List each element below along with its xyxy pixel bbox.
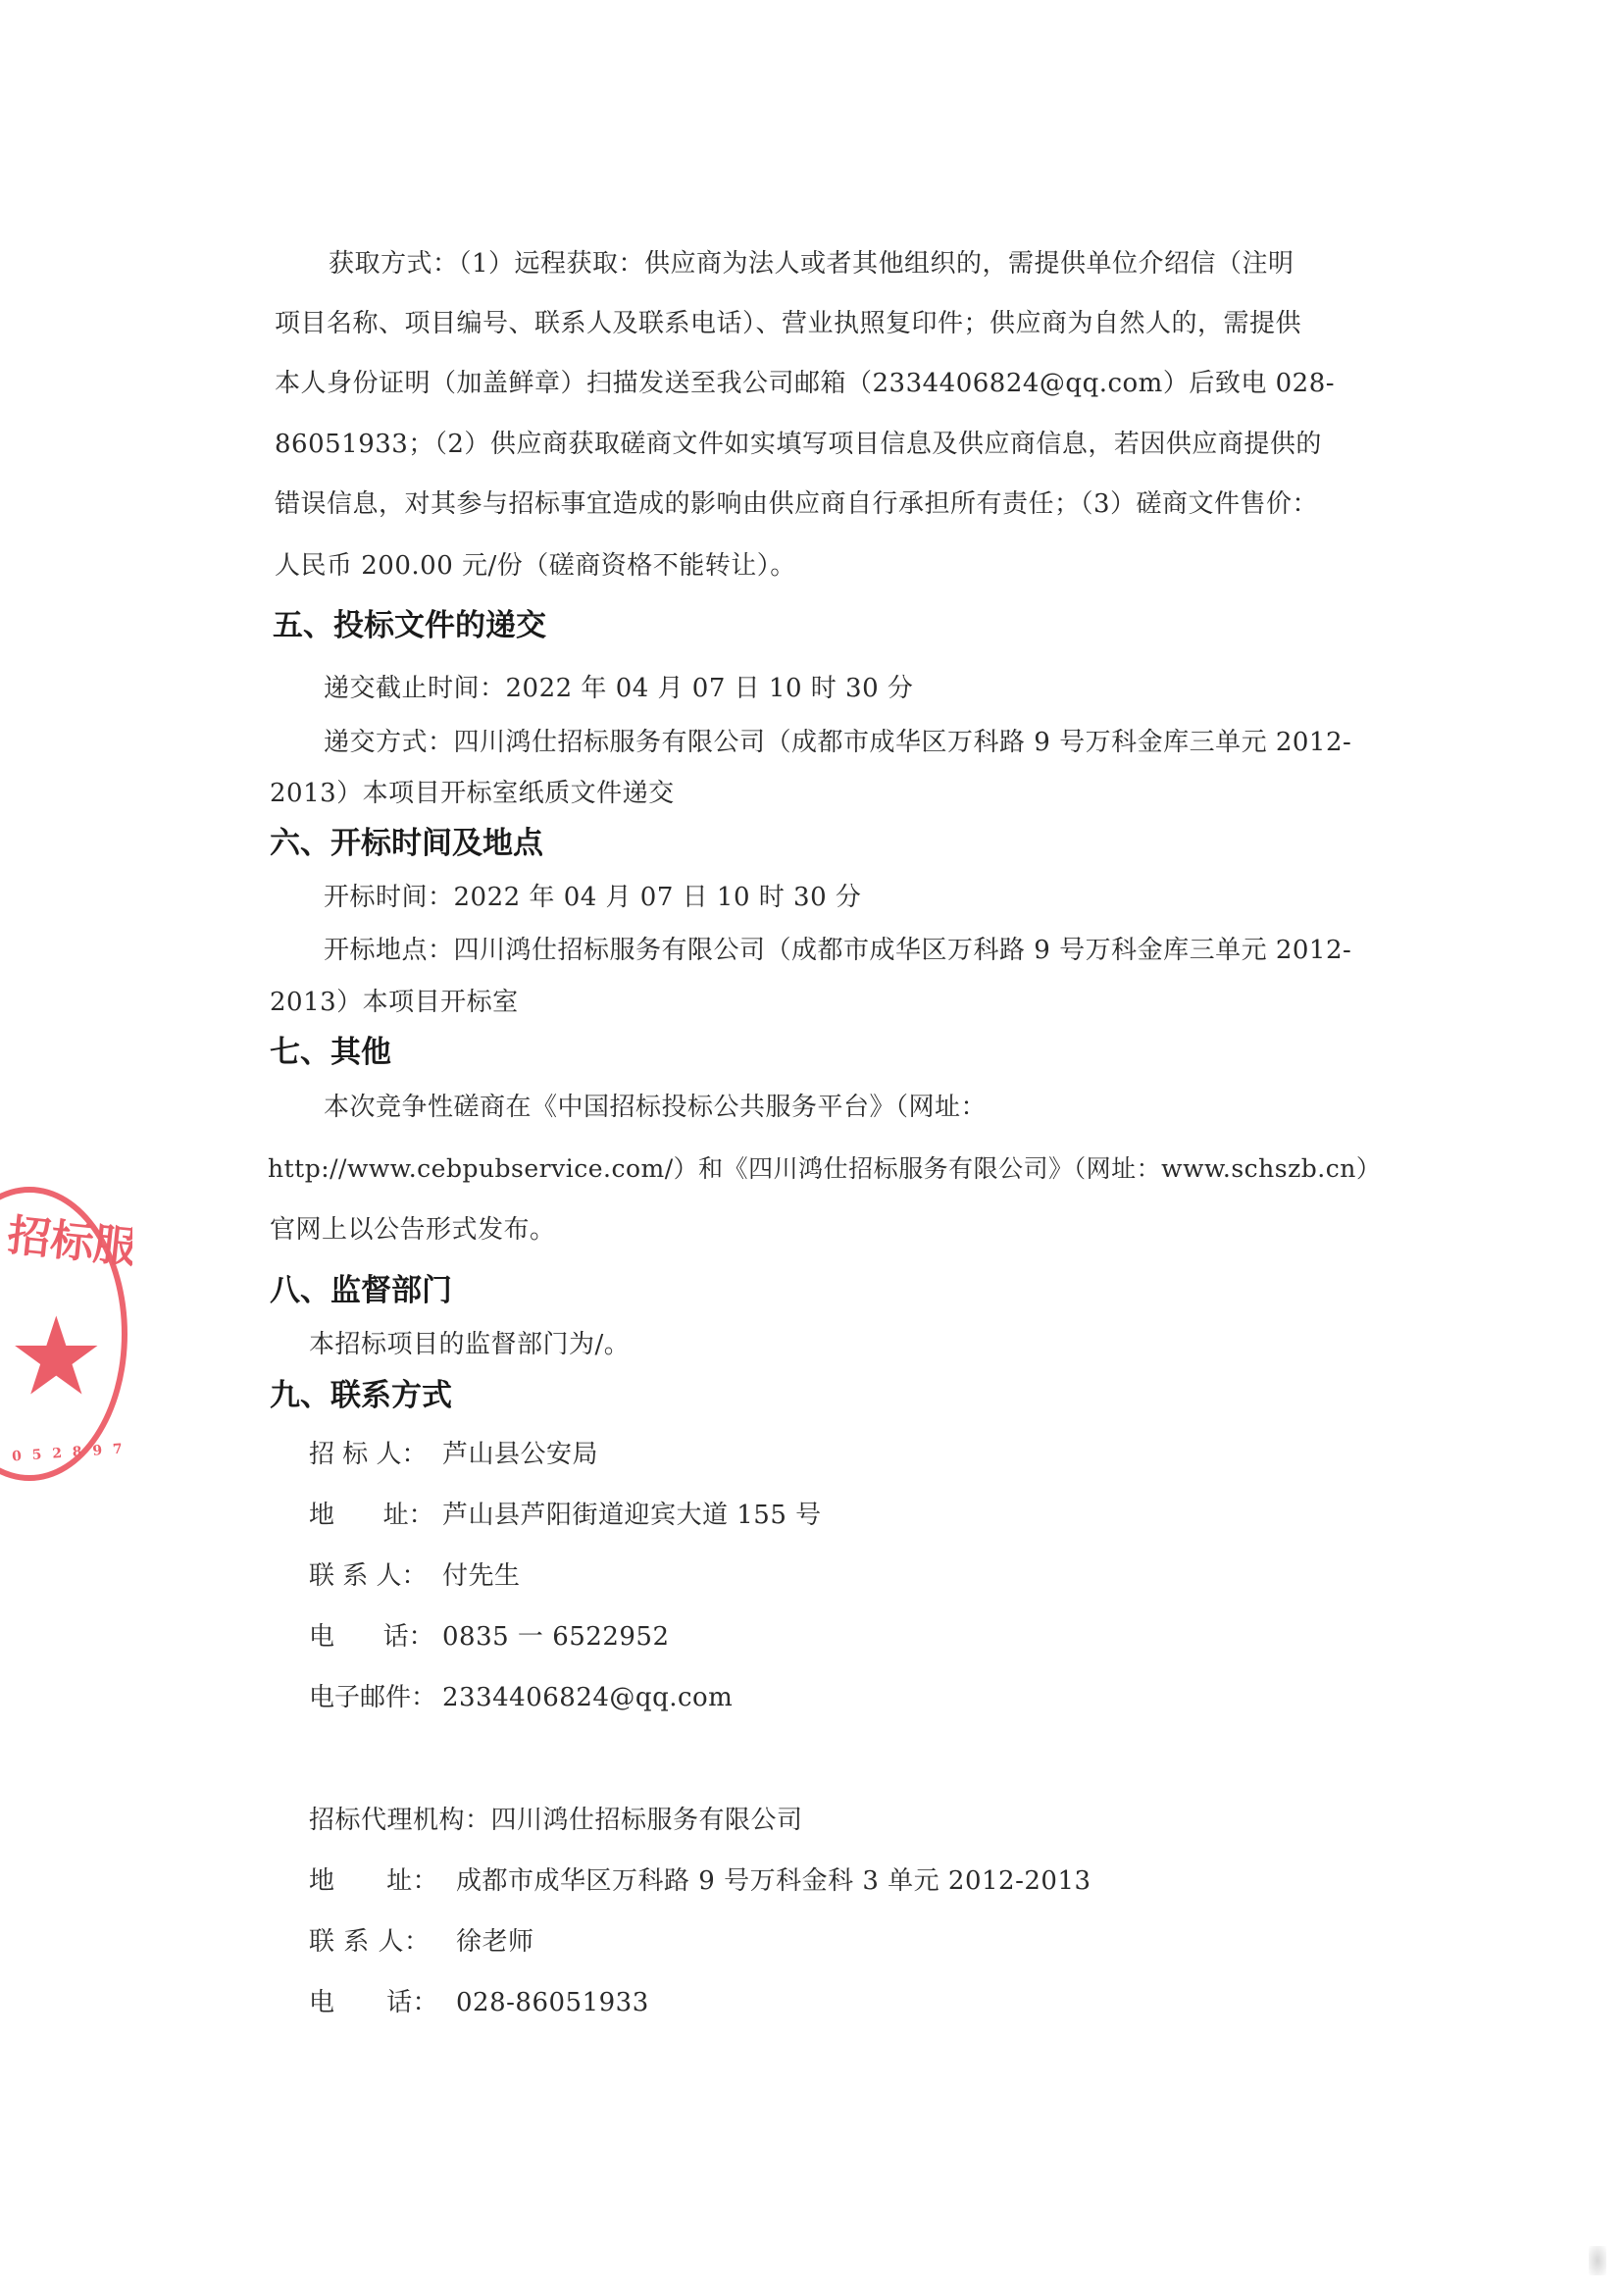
agency-address-label: 地 址： (309, 1864, 456, 1898)
agency-contact-row: 联 系 人：徐老师 (309, 1925, 534, 1959)
purchaser-address-value: 芦山县芦阳街道迎宾大道 155 号 (442, 1501, 822, 1530)
purchaser-contact-value: 付先生 (442, 1561, 521, 1591)
purchaser-contact-label: 联 系 人： (309, 1559, 442, 1593)
purchaser-email-label: 电子邮件： (309, 1681, 442, 1714)
acquisition-line-4: 86051933；（2）供应商获取磋商文件如实填写项目信息及供应商信息，若因供应… (275, 428, 1322, 461)
other-line-3: 官网上以公告形式发布。 (270, 1213, 556, 1247)
opening-place-line-1: 开标地点：四川鸿仕招标服务有限公司（成都市成华区万科路 9 号万科金库三单元 2… (324, 934, 1351, 967)
supervision-line: 本招标项目的监督部门为/。 (309, 1328, 630, 1361)
agency-phone-label: 电 话： (309, 1986, 456, 2019)
acquisition-line-1: 获取方式：（1）远程获取：供应商为法人或者其他组织的，需提供单位介绍信（注明 (329, 247, 1294, 280)
section-8-heading: 八、监督部门 (270, 1271, 452, 1310)
opening-time: 开标时间：2022 年 04 月 07 日 10 时 30 分 (324, 881, 861, 914)
official-seal: 招标服 ★ 0 5 2 8 9 7 5 6 (0, 1187, 127, 1481)
star-icon: ★ (8, 1302, 105, 1410)
agency-address-row: 地 址：成都市成华区万科路 9 号万科金科 3 单元 2012-2013 (309, 1864, 1091, 1898)
purchaser-name-value: 芦山县公安局 (442, 1440, 598, 1469)
purchaser-name-label: 招 标 人： (309, 1438, 442, 1471)
section-9-heading: 九、联系方式 (270, 1376, 452, 1415)
other-line-2: http://www.cebpubservice.com/）和《四川鸿仕招标服务… (268, 1152, 1381, 1186)
official-seal-clip: 招标服 ★ 0 5 2 8 9 7 5 6 (0, 1157, 132, 1510)
purchaser-phone-label: 电 话： (309, 1620, 442, 1654)
purchaser-name-row: 招 标 人：芦山县公安局 (309, 1438, 598, 1471)
purchaser-phone-row: 电 话：0835 一 6522952 (309, 1620, 670, 1654)
submission-method-line-1: 递交方式：四川鸿仕招标服务有限公司（成都市成华区万科路 9 号万科金库三单元 2… (324, 726, 1351, 759)
agency-contact-value: 徐老师 (456, 1927, 534, 1957)
acquisition-line-6: 人民币 200.00 元/份（磋商资格不能转让）。 (275, 549, 796, 583)
agency-phone-value: 028-86051933 (456, 1988, 649, 2017)
purchaser-contact-row: 联 系 人：付先生 (309, 1559, 521, 1593)
section-5-heading: 五、投标文件的递交 (273, 606, 546, 645)
purchaser-email-row: 电子邮件：2334406824@qq.com (309, 1681, 733, 1714)
agency-phone-row: 电 话：028-86051933 (309, 1986, 649, 2019)
submission-deadline: 递交截止时间：2022 年 04 月 07 日 10 时 30 分 (324, 672, 913, 705)
acquisition-line-5: 错误信息，对其参与招标事宜造成的影响由供应商自行承担所有责任；（3）磋商文件售价… (275, 487, 1318, 521)
submission-method-line-2: 2013）本项目开标室纸质文件递交 (270, 777, 675, 810)
other-line-1: 本次竞争性磋商在《中国招标投标公共服务平台》（网址： (324, 1091, 987, 1124)
acquisition-line-2: 项目名称、项目编号、联系人及联系电话）、营业执照复印件；供应商为自然人的，需提供 (275, 307, 1301, 340)
agency-name-row: 招标代理机构：四川鸿仕招标服务有限公司 (309, 1804, 803, 1837)
agency-contact-label: 联 系 人： (309, 1925, 456, 1959)
acquisition-line-3: 本人身份证明（加盖鲜章）扫描发送至我公司邮箱（2334406824@qq.com… (275, 367, 1335, 400)
agency-name-label: 招标代理机构： (309, 1806, 491, 1835)
purchaser-address-row: 地 址：芦山县芦阳街道迎宾大道 155 号 (309, 1499, 822, 1532)
scan-artifact (1589, 2246, 1606, 2275)
section-7-heading: 七、其他 (270, 1033, 391, 1072)
purchaser-email-value: 2334406824@qq.com (442, 1683, 733, 1712)
section-6-heading: 六、开标时间及地点 (270, 824, 543, 863)
purchaser-address-label: 地 址： (309, 1499, 442, 1532)
opening-place-line-2: 2013）本项目开标室 (270, 986, 519, 1019)
agency-address-value: 成都市成华区万科路 9 号万科金科 3 单元 2012-2013 (456, 1866, 1091, 1896)
document-page: 获取方式：（1）远程获取：供应商为法人或者其他组织的，需提供单位介绍信（注明 项… (0, 0, 1624, 2294)
purchaser-phone-value: 0835 一 6522952 (442, 1622, 670, 1652)
agency-name-value: 四川鸿仕招标服务有限公司 (491, 1806, 803, 1835)
